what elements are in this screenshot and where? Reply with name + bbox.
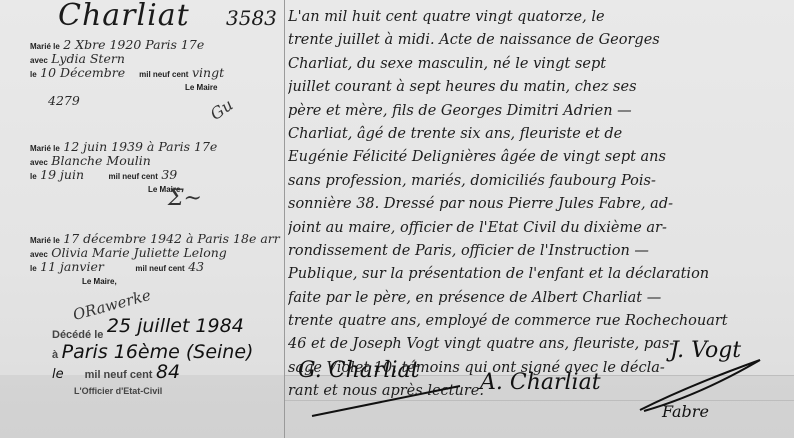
printed-year: mil neuf cent	[85, 369, 153, 381]
margin-surname: Charliat	[58, 0, 190, 33]
act-number: 3583	[226, 6, 277, 30]
printed-label: Marié le	[30, 42, 60, 51]
body-line: trente juillet à midi. Acte de naissance…	[288, 29, 790, 52]
civil-register-page: Charliat 3583 Marié le 2 Xbre 1920 Paris…	[0, 0, 794, 438]
mention-year: vingt	[192, 65, 224, 80]
body-line: joint au maire, officier de l'Etat Civil…	[288, 217, 790, 240]
maire-label: Le Maire,	[82, 277, 117, 286]
body-line: rondissement de Paris, officier de l'Ins…	[288, 240, 790, 263]
body-line: sonnière 38. Dressé par nous Pierre Jule…	[288, 193, 790, 216]
officer-label: L'Officier d'Etat-Civil	[74, 386, 162, 396]
signature-officer: Fabre	[662, 402, 709, 421]
printed-label: Décédé le	[52, 329, 103, 341]
mention-ref: 4279	[48, 93, 80, 108]
body-line: Charliat, du sexe masculin, né le vingt …	[288, 53, 790, 76]
body-line: Charliat, âgé de trente six ans, fleuris…	[288, 123, 790, 146]
printed-label: Marié le	[30, 144, 60, 153]
body-line: juillet courant à sept heures du matin, …	[288, 76, 790, 99]
body-line: sans profession, mariés, domiciliés faub…	[288, 170, 790, 193]
mention-date: 10 Décembre	[40, 65, 125, 80]
body-line: faite par le père, en présence de Albert…	[288, 287, 790, 310]
death-place: Paris 16ème (Seine)	[62, 341, 254, 363]
signatures: G. Charliat A. Charliat J. Vogt Fabre	[290, 350, 790, 438]
printed-label: avec	[30, 250, 48, 259]
mention-year: 43	[188, 259, 204, 274]
printed-label: le	[30, 264, 37, 273]
printed-year: mil neuf cent	[109, 172, 158, 181]
printed-label: le	[30, 70, 37, 79]
printed-label: avec	[30, 158, 48, 167]
mention-spouse: Olivia Marie Juliette Lelong	[51, 245, 226, 260]
mention-date-line: 17 décembre 1942 à Paris 18e arr	[63, 231, 279, 246]
signature-flourish	[310, 380, 470, 420]
mention-date-line: 12 juin 1939 à Paris 17e	[63, 139, 217, 154]
death-date: 25 juillet 1984	[107, 315, 244, 337]
printed-year: mil neuf cent	[139, 70, 188, 79]
death-year: 84	[156, 361, 180, 383]
maire-signature: Ʃ~	[168, 186, 202, 211]
mention-spouse: Blanche Moulin	[51, 153, 151, 168]
body-line: père et mère, fils de Georges Dimitri Ad…	[288, 100, 790, 123]
printed-year: mil neuf cent	[135, 264, 184, 273]
mention-divorce: Marié le 2 Xbre 1920 Paris 17e avec Lydi…	[30, 38, 224, 108]
printed-label: Marié le	[30, 236, 60, 245]
printed-label: à	[52, 349, 58, 361]
mention-marriage-3: Marié le 17 décembre 1942 à Paris 18e ar…	[30, 232, 280, 288]
printed-label: avec	[30, 56, 48, 65]
mention-year: 39	[161, 167, 177, 182]
mention-date-line: 2 Xbre 1920 Paris 17e	[63, 37, 204, 52]
body-line: L'an mil huit cent quatre vingt quatorze…	[288, 6, 790, 29]
body-line: Publique, sur la présentation de l'enfan…	[288, 263, 790, 286]
body-line: trente quatre ans, employé de commerce r…	[288, 310, 790, 333]
mention-date: 19 juin	[40, 167, 84, 182]
maire-label: Le Maire	[185, 83, 217, 92]
signature-witness-1: A. Charliat	[480, 370, 601, 395]
body-line: Eugénie Félicité Delignières âgée de vin…	[288, 146, 790, 169]
death-mention: Décédé le 25 juillet 1984 à Paris 16ème …	[52, 326, 253, 400]
mention-date: 11 janvier	[40, 259, 104, 274]
printed-label: le	[30, 172, 37, 181]
margin-divider	[284, 0, 285, 438]
mention-spouse: Lydia Stern	[51, 51, 125, 66]
death-le: le	[52, 367, 64, 382]
